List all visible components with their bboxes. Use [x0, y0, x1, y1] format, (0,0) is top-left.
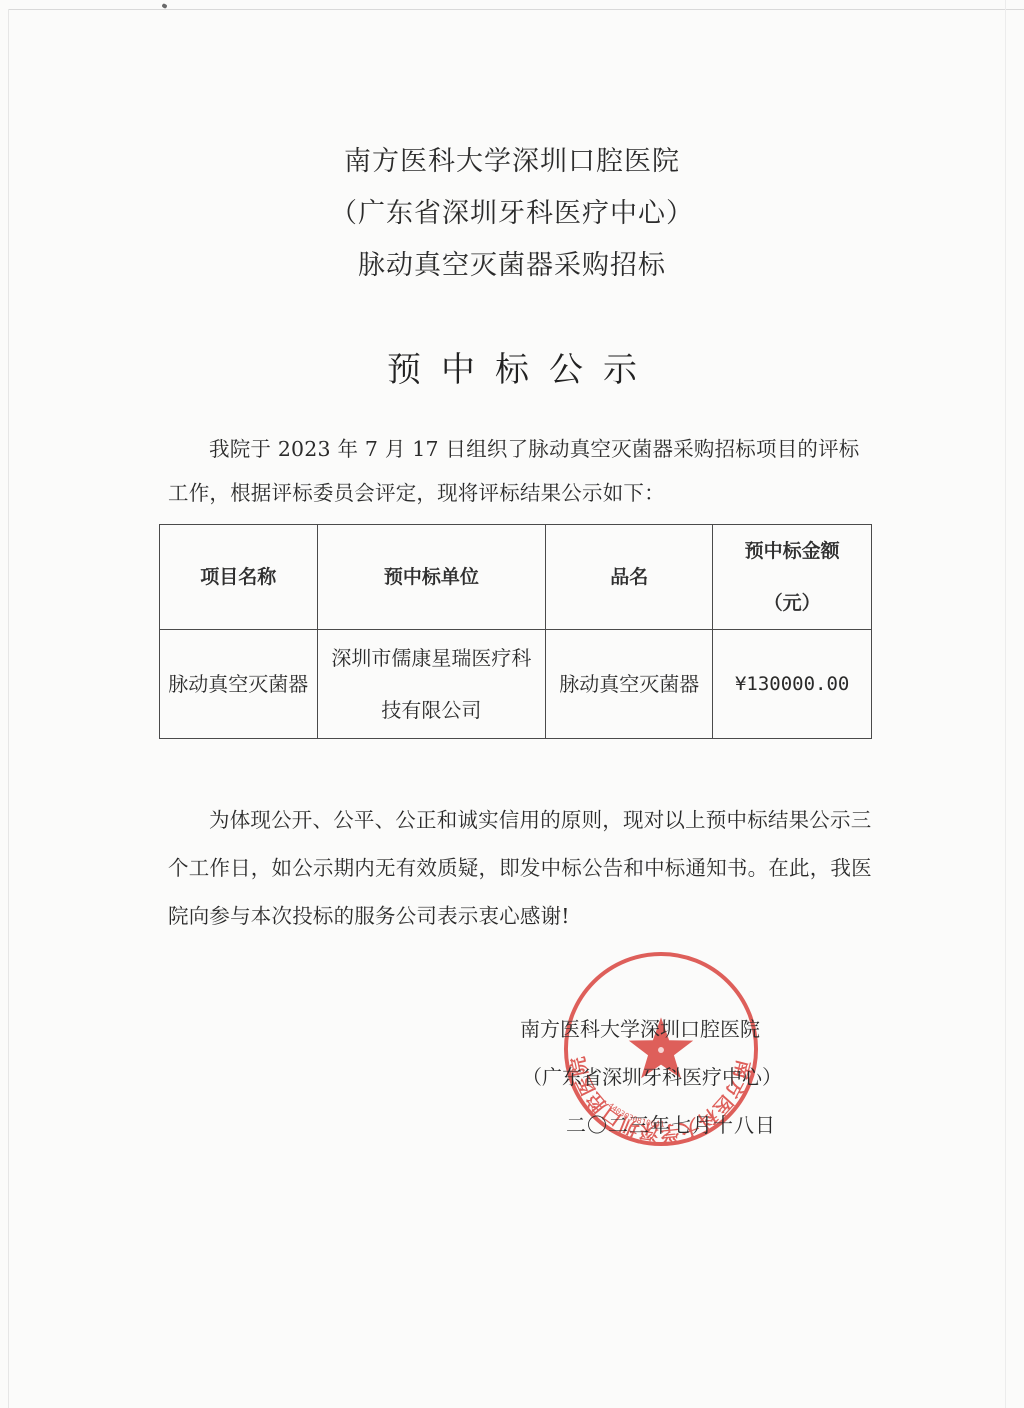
document-title: 南方医科大学深圳口腔医院 （广东省深圳牙科医疗中心） 脉动真空灭菌器采购招标	[0, 136, 1024, 292]
table-header-row: 项目名称 预中标单位 品名 预中标金额 （元）	[160, 525, 872, 630]
header-amount: 预中标金额 （元）	[713, 525, 872, 630]
header-amount-line1: 预中标金额	[745, 540, 840, 562]
table-row: 脉动真空灭菌器 深圳市儒康星瑞医疗科技有限公司 脉动真空灭菌器 ¥130000.…	[160, 630, 872, 739]
title-hospital-alt-name: （广东省深圳牙科医疗中心）	[0, 188, 1024, 240]
scan-edge-top	[8, 9, 1024, 10]
cell-project-name: 脉动真空灭菌器	[160, 630, 318, 739]
header-project-name: 项目名称	[160, 525, 318, 630]
signature-organization: 南方医科大学深圳口腔医院	[520, 1005, 840, 1053]
signature-organization-alt: （广东省深圳牙科医疗中心）	[520, 1053, 840, 1101]
title-project-name: 脉动真空灭菌器采购招标	[0, 240, 1024, 292]
cell-product-name: 脉动真空灭菌器	[546, 630, 713, 739]
cell-winning-unit: 深圳市儒康星瑞医疗科技有限公司	[317, 630, 546, 739]
closing-paragraph: 为体现公开、公平、公正和诚实信用的原则，现对以上预中标结果公示三个工作日，如公示…	[168, 796, 878, 940]
intro-paragraph: 我院于 2023 年 7 月 17 日组织了脉动真空灭菌器采购招标项目的评标工作…	[168, 427, 878, 515]
results-table: 项目名称 预中标单位 品名 预中标金额 （元） 脉动真空灭菌器 深圳市儒康星瑞医…	[159, 524, 872, 739]
header-product-name: 品名	[546, 525, 713, 630]
header-winning-unit: 预中标单位	[317, 525, 546, 630]
page-heading: 预中标公示	[0, 342, 1024, 391]
cell-amount: ¥130000.00	[713, 630, 872, 739]
signature-date: 二〇二三年七月十八日	[520, 1101, 840, 1149]
header-amount-line2: （元）	[764, 592, 821, 614]
signature-block: 南方医科大学深圳口腔医院 （广东省深圳牙科医疗中心） 二〇二三年七月十八日	[520, 1005, 840, 1149]
title-hospital-name: 南方医科大学深圳口腔医院	[0, 136, 1024, 188]
